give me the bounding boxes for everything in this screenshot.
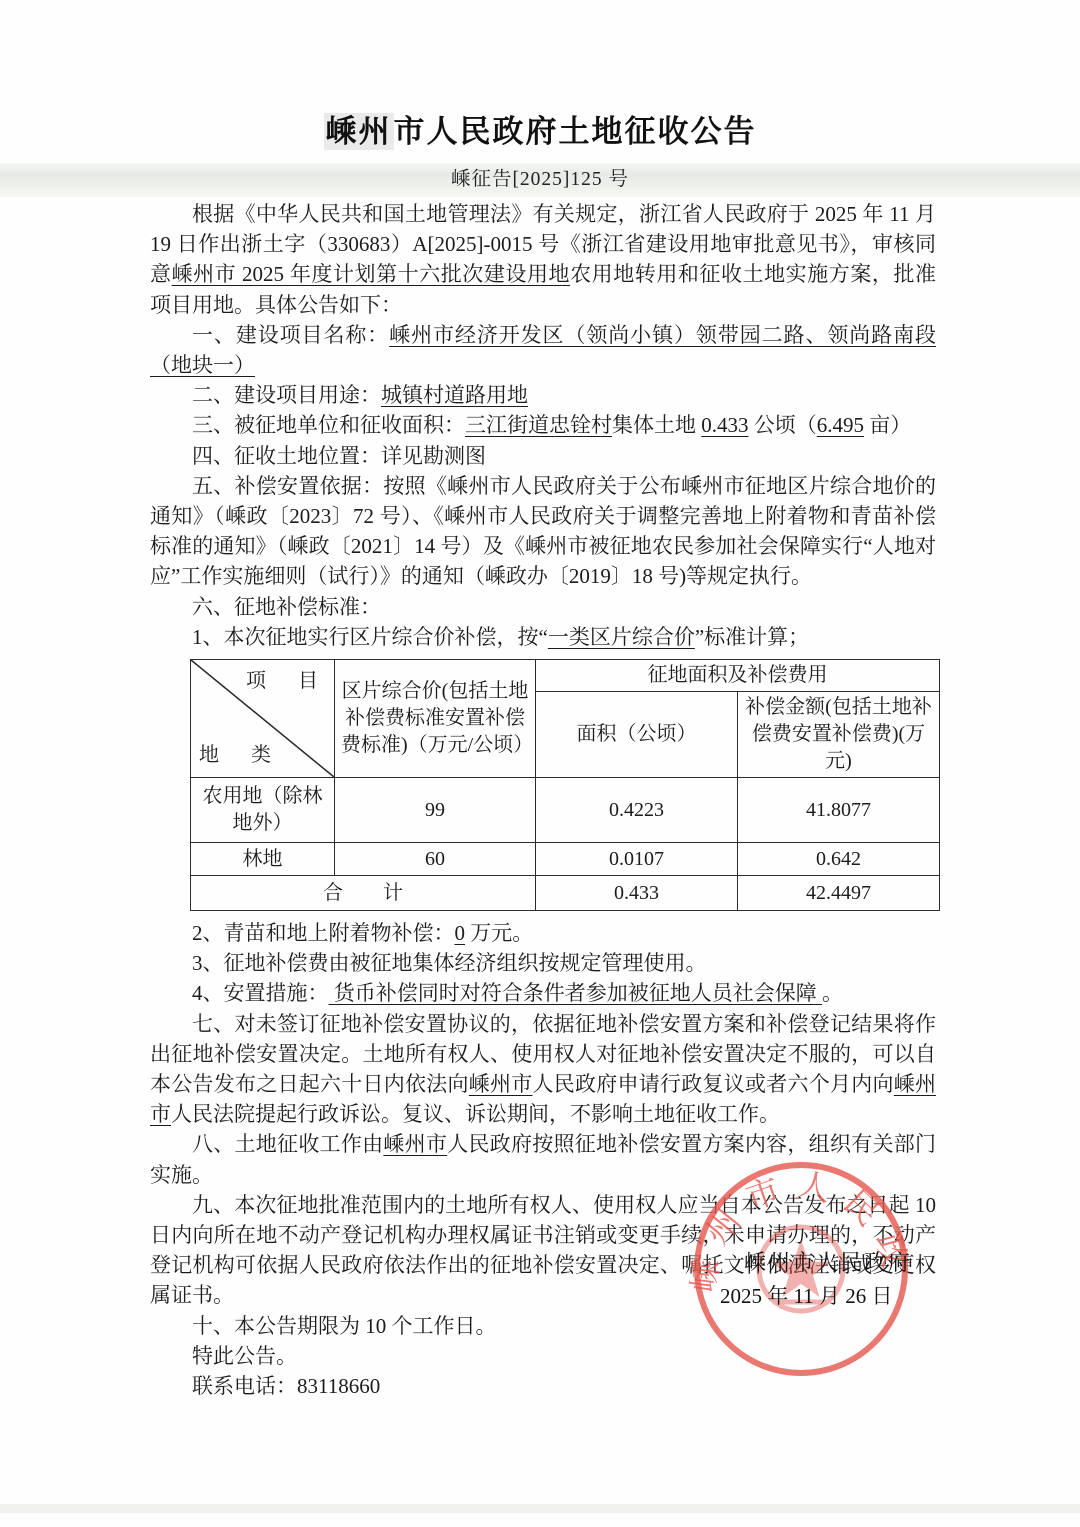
title-city-highlight: 嵊州 [324,113,394,150]
corner-label-landtype: 地 类 [199,742,277,769]
doc-number: 嵊征告[2025]125 号 [0,163,1080,197]
title-rest: 市人民政府土地征收公告 [394,114,757,149]
cell-amount: 0.642 [738,843,940,876]
header-group: 征地面积及补偿费用 [536,660,940,692]
cell-amount: 41.8077 [738,778,940,843]
item-objection: 七、对未签订征地补偿安置协议的，依据征地补偿安置方案和补偿登记结果将作出征地补偿… [150,1009,936,1130]
signature-date: 2025 年 11 月 26 日 [720,1280,892,1310]
table-row-farmland: 农用地（除林地外） 99 0.4223 41.8077 [191,778,940,843]
page-title: 嵊州市人民政府土地征收公告 [0,106,1080,151]
scan-artifact-band [0,1504,1080,1513]
cell-label: 农用地（除林地外） [191,778,335,843]
header-amount: 补偿金额(包括土地补偿费安置补偿费)(万元) [738,692,940,778]
cell-label: 林地 [191,843,335,876]
doc-number-band: 嵊征告[2025]125 号 [0,163,1080,197]
cell-area: 0.4223 [536,778,738,843]
announcement-page: 嵊州市人民政府土地征收公告 嵊征告[2025]125 号 根据《中华人民共和国土… [0,0,1080,1527]
item-standard-3: 3、征地补偿费由被征地集体经济组织按规定管理使用。 [150,948,936,978]
item-location: 四、征收土地位置：详见勘测图 [150,441,936,471]
header-price: 区片综合价(包括土地补偿费标准安置补偿费标准)（万元/公顷） [335,660,536,778]
cell-total-amount: 42.4497 [738,876,940,911]
cell-price: 60 [335,843,536,876]
signature-org: 嵊州市人民政府 [744,1246,912,1277]
item-standard-1: 1、本次征地实行区片综合价补偿，按“一类区片综合价”标准计算； [150,622,936,652]
corner-label-item: 项 目 [246,668,324,695]
cell-total-area: 0.433 [536,876,738,911]
item-standard: 六、征地补偿标准： [150,592,936,622]
cell-total-label: 合 计 [191,876,536,911]
table-corner-cell: 项 目 地 类 [191,660,335,778]
item-standard-2: 2、青苗和地上附着物补偿：0 万元。 [150,918,936,948]
item-project-use: 二、建设项目用途：城镇村道路用地 [150,380,936,410]
item-standard-4: 4、安置措施： 货币补偿同时对符合条件者参加被征地人员社会保障 。 [150,978,936,1008]
header-area: 面积（公顷） [536,692,738,778]
paragraph-intro: 根据《中华人民共和国土地管理法》有关规定，浙江省人民政府于 2025 年 11 … [150,199,936,320]
table-row-total: 合 计 0.433 42.4497 [191,876,940,911]
compensation-table: 项 目 地 类 区片综合价(包括土地补偿费标准安置补偿费标准)（万元/公顷） 征… [190,659,940,911]
cell-area: 0.0107 [536,843,738,876]
item-project-name: 一、建设项目名称：嵊州市经济开发区（领尚小镇）领带园二路、领尚路南段（地块一） [150,320,936,380]
table-header-row-1: 项 目 地 类 区片综合价(包括土地补偿费标准安置补偿费标准)（万元/公顷） 征… [191,660,940,692]
cell-price: 99 [335,778,536,843]
table-row-forest: 林地 60 0.0107 0.642 [191,843,940,876]
item-basis: 五、补偿安置依据：按照《嵊州市人民政府关于公布嵊州市征地区片综合地价的通知》（嵊… [150,471,936,592]
item-unit-area: 三、被征地单位和征收面积：三江街道忠铨村集体土地 0.433 公顷（6.495 … [150,410,936,440]
